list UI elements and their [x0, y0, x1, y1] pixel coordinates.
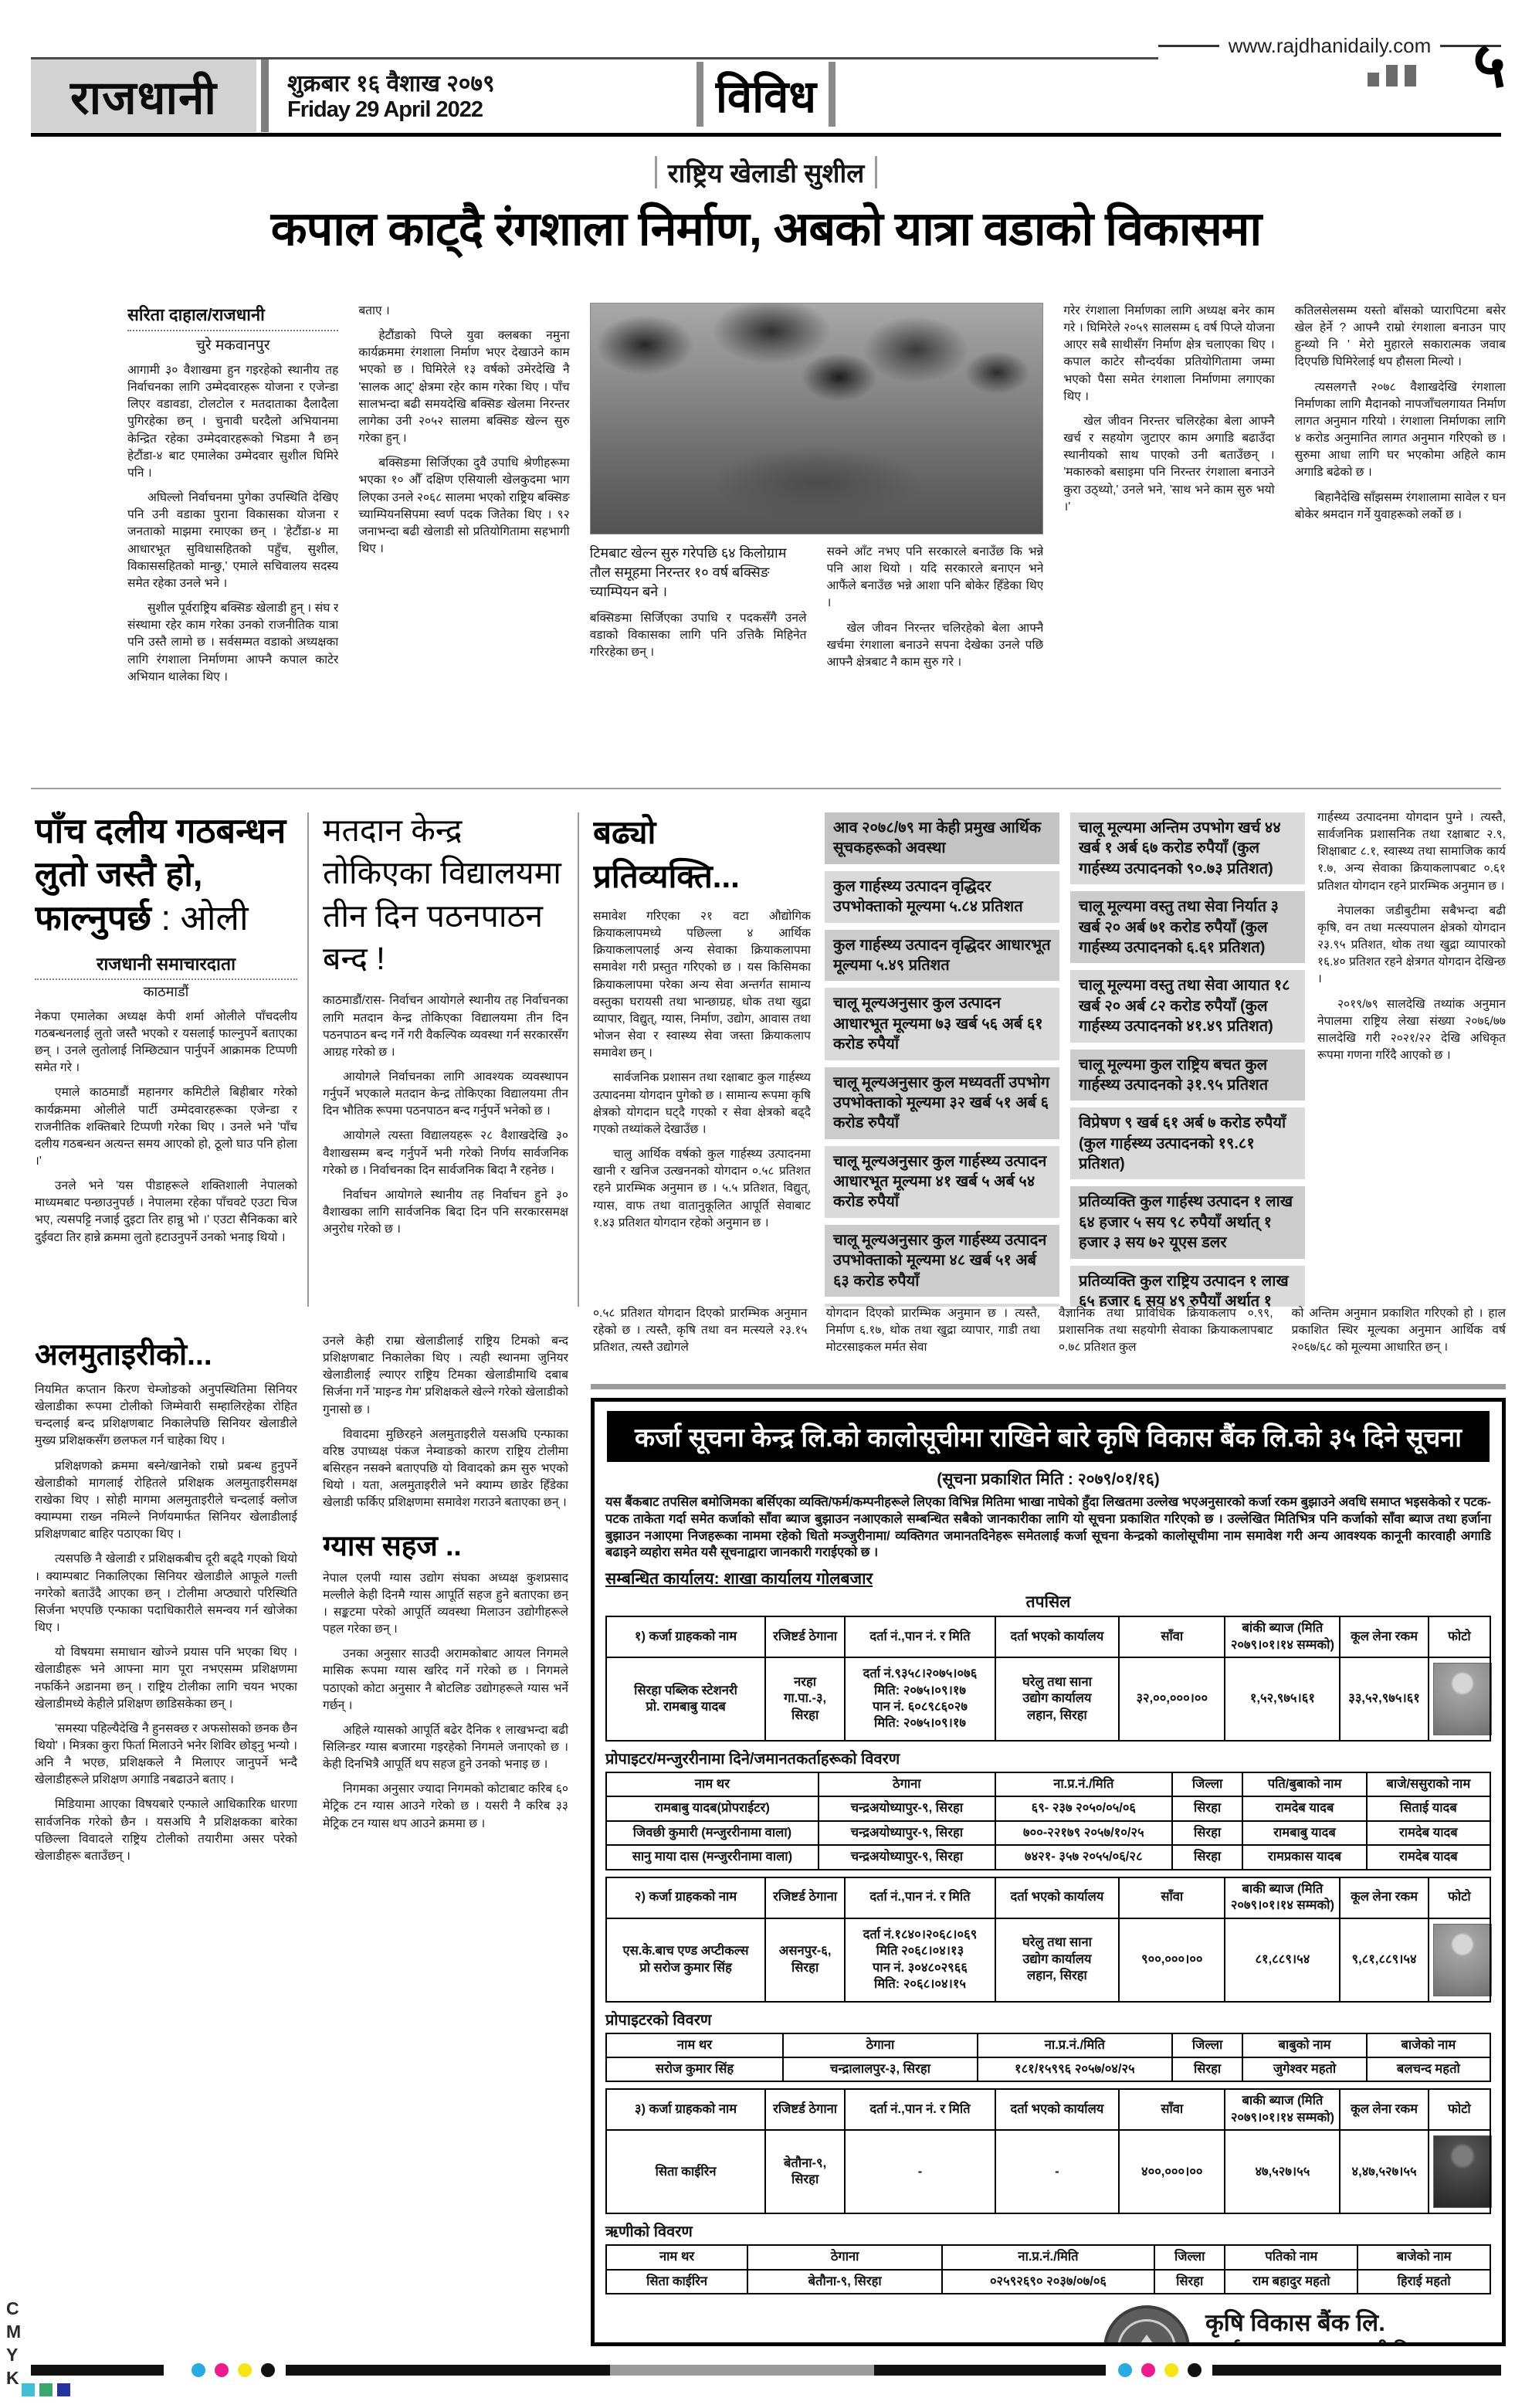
black-dot-icon: [261, 2363, 275, 2377]
tail-col-3: वैज्ञानिक तथा प्राविधिक क्रियाकलाप ०.९९,…: [1059, 1305, 1273, 1379]
cyan-dot-2-icon: [1118, 2363, 1132, 2377]
indicators-left-column: आव २०७८/७९ मा केही प्रमुख आर्थिक सूचकहरू…: [825, 812, 1059, 1307]
print-bar-4: [1212, 2365, 1501, 2376]
website-url: www.rajdhanidaily.com: [1229, 34, 1432, 58]
indicators-left-items: कुल गार्हस्थ्य उत्पादन वृद्धिदर उपभोक्ता…: [825, 871, 1059, 1307]
bank-name: कृषि विकास बैंक लि.: [1205, 2308, 1460, 2338]
percapita-headline: बढ्यो प्रतिव्यक्ति...: [593, 809, 811, 897]
section-header: विविध: [0, 62, 1532, 127]
lead-photo-block: टिमबाट खेल्न सुरु गरेपछि ६४ किलोग्राम तौ…: [590, 303, 1044, 780]
print-bar-2: [286, 2365, 610, 2376]
lead-headline: कपाल काट्दै रंगशाला निर्माण, अबको यात्रा…: [46, 195, 1486, 259]
lead-kicker-row: राष्ट्रिय खेलाडी सुशील: [0, 154, 1532, 190]
gas-body: नेपाल एलपी ग्यास उद्योग संघका अध्यक्ष कु…: [323, 1570, 568, 1833]
indicators-title: आव २०७८/७९ मा केही प्रमुख आर्थिक सूचकहरू…: [825, 812, 1059, 864]
oli-headline: पाँच दलीय गठबन्धन लुतो जस्तै हो, फाल्नुप…: [35, 809, 297, 940]
print-bar-gray: [610, 2365, 874, 2376]
section-bar-left: [697, 62, 703, 127]
borrower-table-2: २) कर्जा ग्राहकको नामरजिष्टर्ड ठेगानादर्…: [605, 1877, 1491, 2003]
lead-kicker: राष्ट्रिय खेलाडी सुशील: [668, 154, 865, 190]
oli-dateline: काठमाडौं: [35, 980, 297, 1009]
proprietor-row: सरोज कुमार सिंहचन्द्रालालपुर-३, सिरहा१८१…: [606, 2057, 1490, 2081]
section-bar-right: [829, 62, 835, 127]
page-number: ५: [1473, 34, 1506, 97]
lead-photo-caption-column: टिमबाट खेल्न सुरु गरेपछि ६४ किलोग्राम तौ…: [590, 544, 807, 780]
notice-title: कर्जा सूचना केन्द्र लि.को कालोसूचीमा राख…: [607, 1411, 1490, 1462]
oli-byline: राजधानी समाचारदाता: [35, 951, 297, 980]
website-dash-left: [1158, 45, 1219, 47]
lead-photo: [590, 303, 1044, 534]
notice-intro-text: यस बैंकबाट तपसिल बमोजिमका बर्सिएका व्यक्…: [605, 1494, 1491, 1562]
notice-publish-date: (सूचना प्रकाशित मिति : २०७९/०१/१६): [605, 1468, 1491, 1490]
yellow-dot-icon: [238, 2363, 252, 2377]
section-title: विविध: [716, 64, 816, 125]
borrower-1-photo: [1433, 1663, 1492, 1735]
kicker-bar-left: [655, 156, 657, 188]
bank-footer: कृषि विकास बैंक लि. कर्जा अनुगमन तथा असु…: [605, 2305, 1460, 2346]
lead-photo-caption: टिमबाट खेल्न सुरु गरेपछि ६४ किलोग्राम तौ…: [590, 544, 807, 602]
guarantor-row: सानु माया दास (मन्जुररीनामा वाला)चन्द्रअ…: [606, 1845, 1490, 1869]
economic-indicators-box: आव २०७८/७९ मा केही प्रमुख आर्थिक सूचकहरू…: [825, 812, 1305, 1307]
website-row: www.rajdhanidaily.com: [1158, 34, 1501, 58]
page-corner-bars-icon: [1368, 65, 1416, 86]
bank-address-block: कृषि विकास बैंक लि. कर्जा अनुगमन तथा असु…: [1205, 2308, 1460, 2346]
column-rule-2: [578, 812, 579, 1307]
lead-column-4-text: सक्ने आँट नभए पनि सरकारले बनाउँछ कि भन्न…: [827, 544, 1044, 780]
almutairi-continued: उनले केही राम्रा खेलाडीलाई राष्ट्रिय टिम…: [323, 1333, 568, 1512]
debtor-table: नाम थरठेगानाना.प्र.नं./मिति जिल्लापतिको …: [605, 2244, 1491, 2294]
indicators-right-column: चालू मूल्यमा अन्तिम उपभोग खर्च ४४ खर्ब १…: [1070, 812, 1305, 1307]
article-almutairi: अलमुताइरीको... नियमित कप्तान किरण चेम्जो…: [35, 1333, 297, 2349]
black-dot-2-icon: [1188, 2363, 1202, 2377]
lead-byline: सरिता दाहाल/राजधानी: [127, 303, 338, 331]
school-body: काठमाडौं/रास- निर्वाचन आयोगले स्थानीय तह…: [323, 992, 568, 1238]
school-headline: मतदान केन्द्र तोकिएका विद्यालयमा तीन दिन…: [323, 809, 568, 980]
magenta-dot-icon: [215, 2363, 229, 2377]
borrower-table-1: १) कर्जा ग्राहकको नामरजिष्टर्ड ठेगानादर्…: [605, 1616, 1491, 1742]
oli-body: नेकपा एमालेका अध्यक्ष केपी शर्मा ओलीले प…: [35, 1009, 297, 1246]
lead-column-1: सरिता दाहाल/राजधानी चुरे मकवानपुर आगामी …: [127, 303, 338, 780]
lead-column-1-text: आगामी ३० वैशाखमा हुन गइरहेको स्थानीय तह …: [127, 362, 338, 686]
proprietor-label: प्रोपाइटरको विवरण: [605, 2009, 1491, 2030]
cyan-dot-icon: [191, 2363, 205, 2377]
lead-photo-subcolumns: टिमबाट खेल्न सुरु गरेपछि ६४ किलोग्राम तौ…: [590, 544, 1044, 780]
corner-color-squares: [22, 2383, 70, 2396]
notice-top-separator: [591, 1384, 1506, 1389]
kicker-bar-right: [875, 156, 877, 188]
print-bar-1: [31, 2365, 164, 2376]
article-gas-column: उनले केही राम्रा खेलाडीलाई राष्ट्रिय टिम…: [323, 1333, 568, 2349]
lead-column-3-text: बक्सिङमा सिर्जिएका उपाधि र पदकसँगै उनले …: [590, 610, 807, 661]
cmyk-registration-letters: C M Y K: [6, 2300, 21, 2387]
debtor-row: सिता काईरिनबेतौना-९, सिरहा०२५९२६९० २०३७/…: [606, 2270, 1490, 2294]
bank-logo-icon: [1103, 2305, 1190, 2346]
guarantor-row: रामबाबु यादब(प्रोपराईटर)चन्द्रअयोध्यापुर…: [606, 1796, 1490, 1820]
tail-col-2: योगदान दिएको प्रारम्भिक अनुमान छ । त्यस्…: [826, 1305, 1041, 1379]
lead-article-body: सरिता दाहाल/राजधानी चुरे मकवानपुर आगामी …: [127, 303, 1506, 780]
newspaper-page: राजधानी शुक्रबार १६ वैशाख २०७९ Friday 29…: [0, 0, 1532, 2408]
gas-headline: ग्यास सहज ..: [323, 1525, 568, 1564]
tail-col-4: को अन्तिम अनुमान प्रकाशित गरिएको हो । हा…: [1292, 1305, 1507, 1379]
borrower-table-3: ३) कर्जा ग्राहकको नामरजिष्टर्ड ठेगानादर्…: [605, 2088, 1491, 2214]
lead-column-2-text: बताए ।हेटौंडाको पिप्ले युवा क्लबका नमुना…: [358, 303, 569, 780]
guarantor-row: जिवछी कुमारी (मन्जुररीनामा वाला)चन्द्रअय…: [606, 1821, 1490, 1845]
almutairi-body: नियमित कप्तान किरण चेम्जोङको अनुपस्थितिम…: [35, 1382, 297, 1865]
lead-column-5-text: गरेर रंगशाला निर्माणका लागि अध्यक्ष बनेर…: [1063, 303, 1274, 780]
notice-branch-office: सम्बन्धित कार्यालय: शाखा कार्यालय गोलबजा…: [605, 1568, 1491, 1589]
borrower-3-photo: [1433, 2135, 1492, 2208]
notice-tapasil-label: तपसिल: [605, 1591, 1491, 1613]
band-divider-rule: [31, 788, 1501, 789]
lead-column-6-text: कतिलसेलसम्म यस्तो बाँसको प्यारापिटमा बसे…: [1295, 303, 1506, 780]
almutairi-headline: अलमुताइरीको...: [35, 1333, 297, 1374]
percapita-tail-row: ०.५८ प्रतिशत योगदान दिएको प्रारम्भिक अनु…: [593, 1305, 1506, 1379]
tail-col-1: ०.५८ प्रतिशत योगदान दिएको प्रारम्भिक अनु…: [593, 1305, 808, 1379]
borrower-2-photo: [1433, 1924, 1492, 1996]
debtor-label: ऋणीको विवरण: [605, 2220, 1491, 2241]
header-rule: [31, 133, 1501, 137]
percapita-body: समावेश गरिएका २१ वटा औद्योगिक क्रियाकलाप…: [593, 908, 811, 1232]
article-school: मतदान केन्द्र तोकिएका विद्यालयमा तीन दिन…: [323, 809, 568, 1319]
guarantors-label: प्रोपाइटर/मन्जुररीनामा दिने/जमानतकर्ताहर…: [605, 1748, 1491, 1769]
guarantors-table: नाम थरठेगानाना.प्र.नं./मिति जिल्लापति/बु…: [605, 1772, 1491, 1870]
article-percapita: बढ्यो प्रतिव्यक्ति... समावेश गरिएका २१ व…: [593, 809, 811, 1304]
article-oli: पाँच दलीय गठबन्धन लुतो जस्तै हो, फाल्नुप…: [35, 809, 297, 1319]
bank-department: कर्जा अनुगमन तथा असुली विभाग: [1205, 2338, 1460, 2346]
lead-dateline: चुरे मकवानपुर: [127, 331, 338, 362]
yellow-dot-2-icon: [1164, 2363, 1178, 2377]
percapita-continuation-column: गार्हस्थ्य उत्पादनमा योगदान पुग्ने । त्य…: [1317, 809, 1506, 1304]
column-rule-1: [307, 812, 309, 1307]
proprietor-table: नाम थरठेगानाना.प्र.नं./मिति जिल्लाबाबुको…: [605, 2033, 1491, 2083]
indicators-right-items: चालू मूल्यमा अन्तिम उपभोग खर्च ४४ खर्ब १…: [1070, 812, 1305, 1307]
print-bar-3: [874, 2365, 1106, 2376]
magenta-dot-2-icon: [1141, 2363, 1155, 2377]
loan-blacklist-notice: कर्जा सूचना केन्द्र लि.को कालोसूचीमा राख…: [591, 1398, 1506, 2346]
